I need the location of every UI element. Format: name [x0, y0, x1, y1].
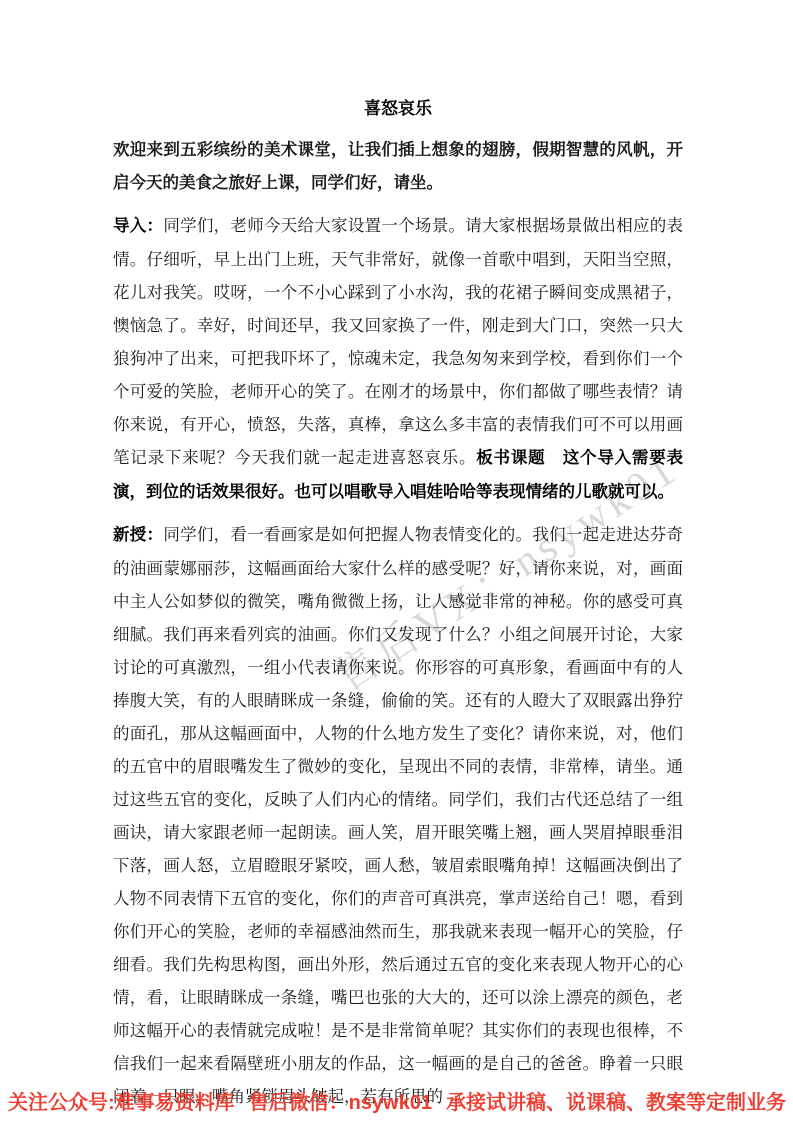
page-title: 喜怒哀乐	[113, 92, 683, 125]
footer-services: 承接试讲稿、说课稿、教案等定制业务	[446, 1086, 786, 1115]
document-page: 售后VX：nsywk01 喜怒哀乐 欢迎来到五彩缤纷的美术课堂，让我们插上想象的…	[0, 0, 793, 1122]
teaching-section-paragraph: 新授：同学们，看一看画家是如何把握人物表情变化的。我们一起走进达芬奇的油画蒙娜丽…	[113, 518, 683, 1113]
footer-official-account: 关注公众号:难事易资料库	[8, 1086, 235, 1115]
promo-footer: 关注公众号:难事易资料库 售后微信：nsywk01 承接试讲稿、说课稿、教案等定…	[8, 1086, 789, 1115]
intro-section-body: 同学们，老师今天给大家设置一个场景。请大家根据场景做出相应的表情。仔细听，早上出…	[113, 216, 683, 467]
intro-section-paragraph: 导入：同学们，老师今天给大家设置一个场景。请大家根据场景做出相应的表情。仔细听，…	[113, 209, 683, 509]
welcome-paragraph: 欢迎来到五彩缤纷的美术课堂，让我们插上想象的翅膀，假期智慧的风帆，开启今天的美食…	[113, 134, 683, 200]
intro-section-label: 导入：	[113, 217, 163, 235]
footer-wechat-contact: 售后微信：nsywk01	[249, 1086, 432, 1115]
document-content: 喜怒哀乐 欢迎来到五彩缤纷的美术课堂，让我们插上想象的翅膀，假期智慧的风帆，开启…	[113, 92, 683, 1122]
teaching-section-label: 新授：	[113, 526, 163, 544]
teaching-section-body: 同学们，看一看画家是如何把握人物表情变化的。我们一起走进达芬奇的油画蒙娜丽莎，这…	[113, 525, 683, 1106]
